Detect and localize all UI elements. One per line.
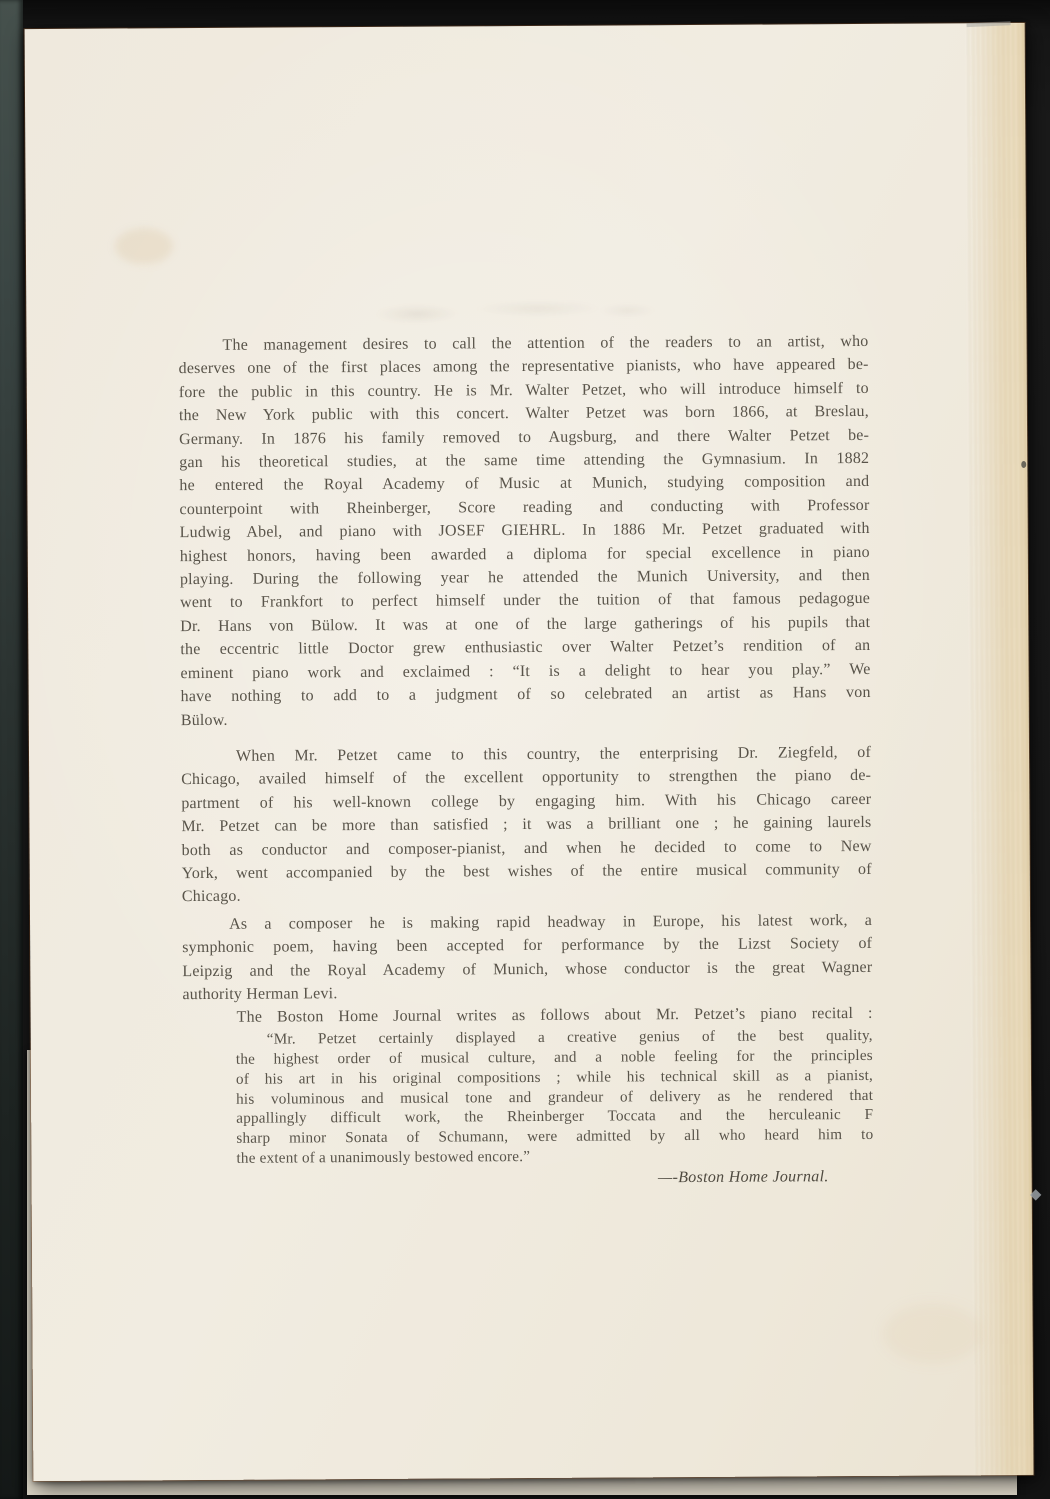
paper-stain (882, 1303, 982, 1364)
quote-attribution: —-Boston Home Journal. (184, 1165, 874, 1193)
paper-speck (1030, 1189, 1041, 1200)
text-line: have nothing to add to a judgment of so … (181, 681, 871, 709)
blockquote-review: “Mr. Petzet certainly displayed a creati… (236, 1026, 874, 1169)
paragraph-chicago-career: When Mr. Petzet came to this country, th… (181, 741, 872, 909)
text-line: Mr. Petzet can be more than satisfied ; … (181, 811, 871, 839)
aged-right-edge (965, 23, 1034, 1475)
show-through-smudge (357, 287, 657, 335)
paper-stain (115, 228, 173, 264)
paper-speck (1021, 461, 1026, 468)
paragraph-introduction: The management desires to call the atten… (178, 330, 870, 732)
page-text: The management desires to call the atten… (178, 330, 873, 1193)
scanner-bed-edge (0, 0, 23, 1499)
text-line: sharp minor Sonata of Schumann, were adm… (236, 1125, 873, 1149)
text-line: Bülow. (181, 704, 871, 732)
paragraph-composer: As a composer he is making rapid headway… (182, 909, 873, 1007)
text-line: Leipzig and the Royal Academy of Munich,… (182, 955, 872, 983)
text-line: York, went accompanied by the best wishe… (182, 858, 872, 886)
document-page: The management desires to call the atten… (25, 23, 1034, 1481)
scan-background: The management desires to call the atten… (0, 0, 1050, 1499)
text-line: Chicago. (182, 881, 872, 909)
